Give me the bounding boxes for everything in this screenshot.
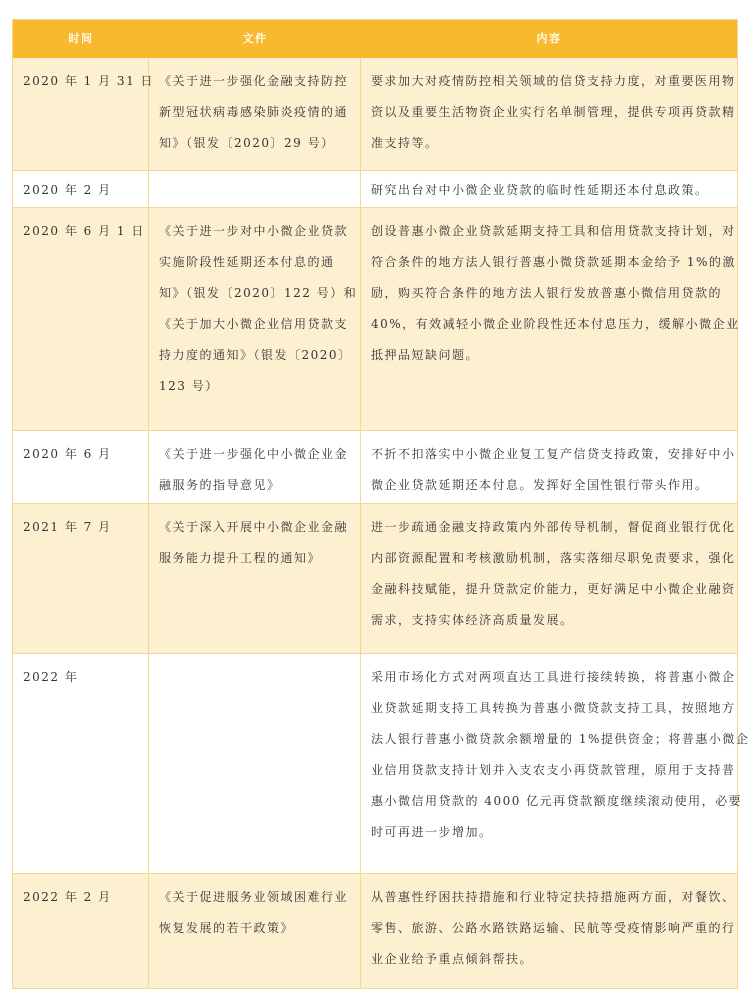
cell-content: 创设普惠小微企业贷款延期支持工具和信用贷款支持计划，对符合条件的地方法人银行普惠… bbox=[361, 208, 737, 430]
table-row: 2022 年 采用市场化方式对两项直达工具进行接续转换，将普惠小微企业贷款延期支… bbox=[13, 654, 737, 874]
cell-time: 2020 年 6 月 1 日 bbox=[13, 208, 149, 430]
table-row: 2020 年 2 月 研究出台对中小微企业贷款的临时性延期还本付息政策。 bbox=[13, 171, 737, 208]
cell-time: 2022 年 bbox=[13, 654, 149, 873]
cell-time: 2020 年 2 月 bbox=[13, 171, 149, 207]
cell-document: 《关于进一步对中小微企业贷款实施阶段性延期还本付息的通知》（银发〔2020〕12… bbox=[149, 208, 361, 430]
cell-document: 《关于进一步强化金融支持防控新型冠状病毒感染肺炎疫情的通知》（银发〔2020〕2… bbox=[149, 58, 361, 170]
cell-content: 从普惠性纾困扶持措施和行业特定扶持措施两方面，对餐饮、零售、旅游、公路水路铁路运… bbox=[361, 874, 737, 988]
cell-time: 2022 年 2 月 bbox=[13, 874, 149, 988]
table-row: 2020 年 6 月 《关于进一步强化中小微企业金融服务的指导意见》 不折不扣落… bbox=[13, 431, 737, 504]
header-time: 时间 bbox=[13, 20, 149, 58]
table-header: 时间 文件 内容 bbox=[13, 20, 737, 58]
cell-content: 进一步疏通金融支持政策内外部传导机制，督促商业银行优化内部资源配置和考核激励机制… bbox=[361, 504, 737, 653]
cell-time: 2020 年 6 月 bbox=[13, 431, 149, 503]
cell-document bbox=[149, 171, 361, 207]
table-row: 2020 年 6 月 1 日 《关于进一步对中小微企业贷款实施阶段性延期还本付息… bbox=[13, 208, 737, 431]
cell-document: 《关于进一步强化中小微企业金融服务的指导意见》 bbox=[149, 431, 361, 503]
cell-time: 2021 年 7 月 bbox=[13, 504, 149, 653]
cell-content: 采用市场化方式对两项直达工具进行接续转换，将普惠小微企业贷款延期支持工具转换为普… bbox=[361, 654, 737, 873]
policy-table: 时间 文件 内容 2020 年 1 月 31 日 《关于进一步强化金融支持防控新… bbox=[12, 19, 738, 989]
cell-document: 《关于深入开展中小微企业金融服务能力提升工程的通知》 bbox=[149, 504, 361, 653]
cell-content: 要求加大对疫情防控相关领域的信贷支持力度，对重要医用物资以及重要生活物资企业实行… bbox=[361, 58, 737, 170]
header-content: 内容 bbox=[361, 20, 737, 58]
table-row: 2021 年 7 月 《关于深入开展中小微企业金融服务能力提升工程的通知》 进一… bbox=[13, 504, 737, 654]
cell-content: 不折不扣落实中小微企业复工复产信贷支持政策，安排好中小微企业贷款延期还本付息。发… bbox=[361, 431, 737, 503]
cell-document bbox=[149, 654, 361, 873]
cell-document: 《关于促进服务业领域困难行业恢复发展的若干政策》 bbox=[149, 874, 361, 988]
cell-time: 2020 年 1 月 31 日 bbox=[13, 58, 149, 170]
cell-content: 研究出台对中小微企业贷款的临时性延期还本付息政策。 bbox=[361, 171, 737, 207]
table-row: 2022 年 2 月 《关于促进服务业领域困难行业恢复发展的若干政策》 从普惠性… bbox=[13, 874, 737, 988]
table-row: 2020 年 1 月 31 日 《关于进一步强化金融支持防控新型冠状病毒感染肺炎… bbox=[13, 58, 737, 171]
header-document: 文件 bbox=[149, 20, 361, 58]
